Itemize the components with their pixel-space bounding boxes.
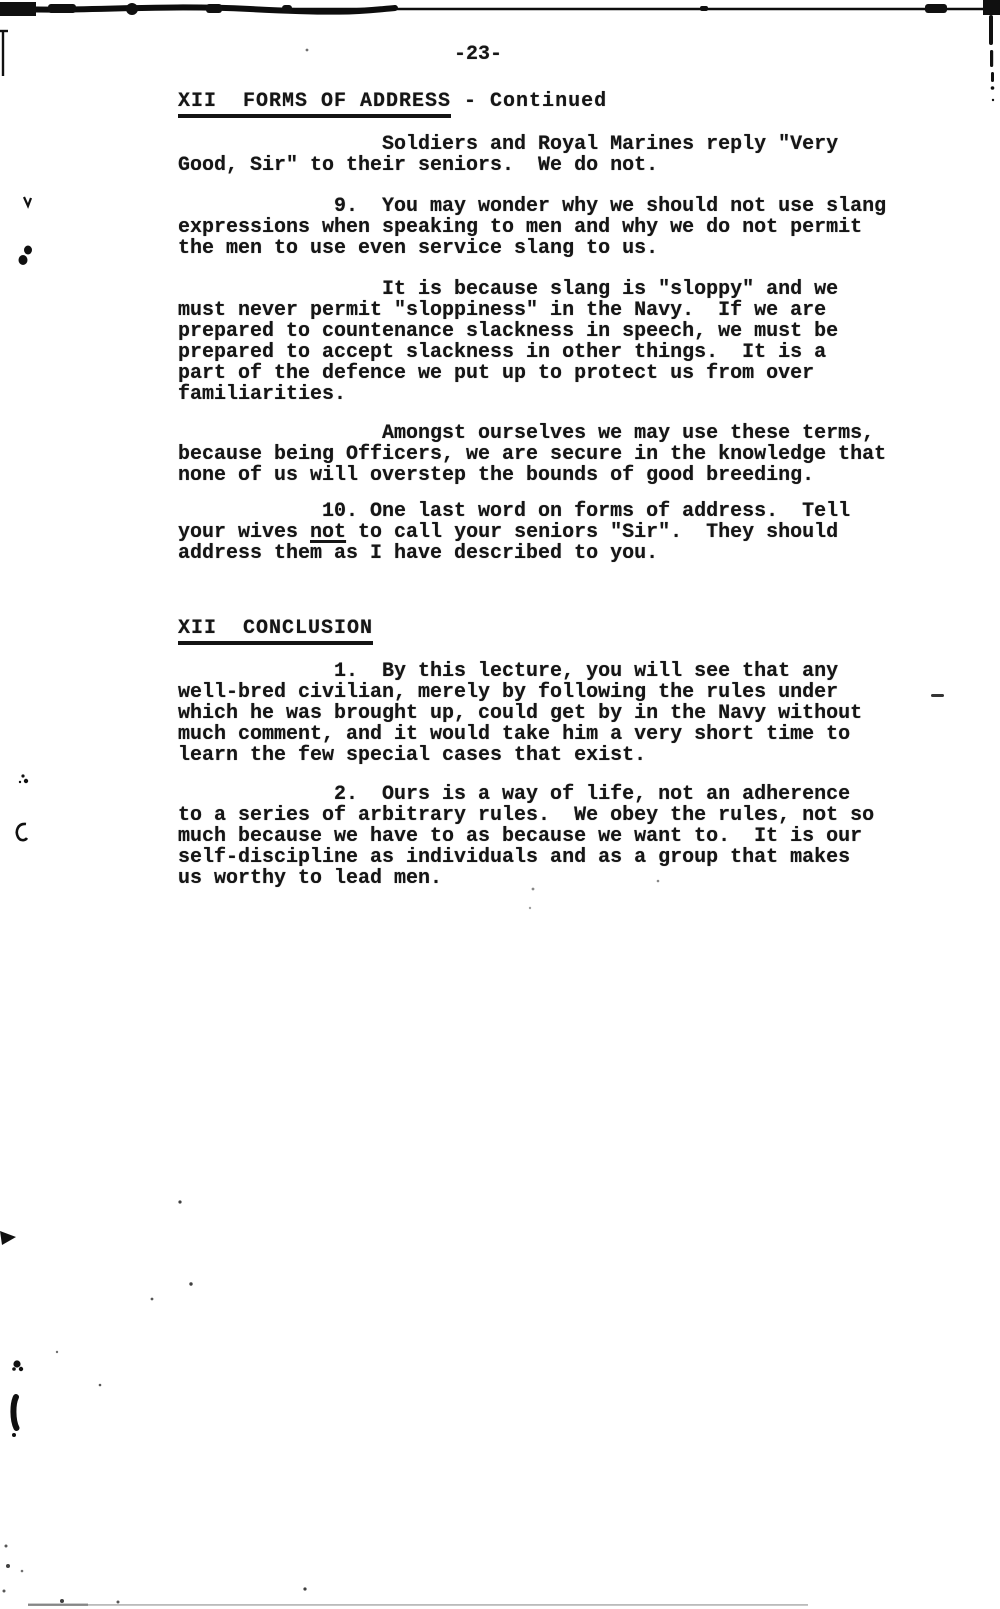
paragraph: 2. Ours is a way of life, not an adheren… — [178, 784, 950, 889]
right-edge-line — [989, 15, 994, 101]
heading-suffix: - Continued — [451, 90, 607, 113]
section-heading: XII CONCLUSION — [178, 618, 950, 645]
heading-text: XII CONCLUSION — [178, 618, 373, 645]
page-number: -23- — [0, 44, 956, 65]
bottom-edge-line — [28, 1604, 808, 1606]
section-heading: XII FORMS OF ADDRESS - Continued — [178, 91, 950, 118]
document-section: XII FORMS OF ADDRESS - Continued Soldier… — [178, 91, 950, 564]
document-body: XII FORMS OF ADDRESS - Continued Soldier… — [0, 91, 1000, 889]
document-page: -23- XII FORMS OF ADDRESS - Continued So… — [0, 0, 1000, 1609]
document-section: XII CONCLUSION 1. By this lecture, you w… — [178, 618, 950, 889]
paragraph: 9. You may wonder why we should not use … — [178, 196, 950, 259]
paragraph: Soldiers and Royal Marines reply "Very G… — [178, 134, 950, 176]
heading-text: XII FORMS OF ADDRESS — [178, 91, 451, 118]
top-edge-line — [0, 0, 1000, 16]
paragraph: It is because slang is "sloppy" and we m… — [178, 279, 950, 405]
paragraph: Amongst ourselves we may use these terms… — [178, 423, 950, 486]
underlined-word: not — [310, 521, 346, 544]
paragraph: 1. By this lecture, you will see that an… — [178, 661, 950, 766]
paragraph: 10. One last word on forms of address. T… — [178, 501, 950, 564]
